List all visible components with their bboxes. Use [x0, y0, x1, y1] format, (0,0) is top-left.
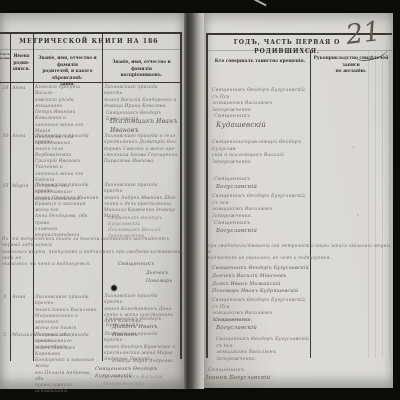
godparents-entry: Лихновскаго прихода кресть- янинъ Василі…: [104, 85, 179, 110]
child-name: Анна: [12, 86, 26, 93]
bleed-line: [382, 50, 383, 358]
godparents-entry: Лихновскаго прихода кресть- янинъ Андрей…: [104, 183, 179, 221]
table-left-border: [206, 33, 208, 358]
clergy-signature: Богуславскій: [216, 184, 257, 192]
book-gutter: [184, 13, 204, 389]
clergy-signature: Псаломщикъ Иванъ Ивановъ: [110, 118, 184, 135]
ink-blot: [111, 285, 117, 291]
title-year-scribble: Іг.: [150, 38, 157, 45]
table-right-border: [180, 32, 182, 359]
child-name: Анна: [12, 295, 26, 302]
baptizer-entry: Священникъ Ѳеодоръ Бугуславскій съ пса- …: [212, 194, 308, 220]
column-header-godparents: Званіе, имя, отчество и фамилія воспріем…: [103, 59, 180, 79]
table-top-border: [0, 32, 181, 34]
column-divider: [10, 32, 11, 361]
clergy-signature: Священникъ: [214, 113, 250, 120]
row-number: 35: [2, 183, 9, 190]
title-underline: [0, 49, 181, 50]
certifier-signature: Священникъ: [118, 261, 154, 268]
column-divider: [102, 32, 103, 361]
column-header-names: Имена родив- шихся.: [11, 53, 32, 73]
child-name: Марія: [12, 184, 29, 191]
clergy-signature: Кудашевскій: [216, 121, 266, 131]
certification-note: Въ сей метрической книгѣ за тысяча восем…: [2, 237, 181, 268]
right-page: ГОДЪ, ЧАСТЬ ПЕРВАЯ О РОДИВШИХСЯ. 21 Кто …: [204, 13, 393, 388]
certifier-signature: Дьячекъ: [146, 271, 168, 278]
row-number: 5: [3, 332, 6, 339]
bleed-line: [389, 50, 390, 358]
child-name: Анна: [12, 134, 26, 141]
row-number: 3: [3, 294, 6, 301]
godparents-extra-line: дѣвица Марія Андреева: [112, 359, 173, 365]
baptizer-entry: Священникъ Ѳеодоръ Бугуславскій съ пса- …: [216, 337, 310, 363]
child-name: Михаилъ: [12, 333, 36, 340]
witness-mark: ч: [352, 146, 355, 152]
baptizer-entry: Священноисправляющій Ѳеодоръ Бугуслав- с…: [212, 140, 308, 166]
scanned-metrical-book-spread: { "left_page": { "title": "МЕТРИЧЕСКОЙ К…: [0, 0, 400, 400]
baptizer-entry: Священникъ Ѳеодоръ Бугуславскій съ Пса- …: [212, 88, 308, 114]
column-header-count: Счетъ родив.: [0, 53, 10, 61]
witness-mark: ъ: [356, 213, 359, 219]
clergy-signature: Священникъ: [208, 367, 244, 374]
row-number: 28: [2, 85, 9, 92]
page-title: ГОДЪ, ЧАСТЬ ПЕРВАЯ О РОДИВШИХСЯ.: [208, 38, 366, 57]
clergy-signature: Богуславскій: [216, 325, 257, 333]
clergy-signature: Іоаннъ Богуславскій: [206, 375, 270, 383]
clergy-signature: Священникъ: [214, 220, 250, 227]
parents-entry: Лихновскаго прихода кресть- янинъ Максим…: [35, 333, 100, 396]
bleed-line: [375, 50, 376, 358]
clergy-signature: Священникъ: [214, 176, 250, 183]
row-number: 30: [2, 133, 9, 140]
left-page: МЕТРИЧЕСКОЙ КНИГИ НА 186 Іг. Счетъ родив…: [0, 13, 184, 389]
column-header-witnesses: Рукоприкладство свидѣтелей записи по жел…: [312, 56, 390, 76]
certifier-signature: Пономарь: [146, 279, 172, 286]
column-header-parents: Званіе, имя, отчество и фамилія родителе…: [34, 55, 101, 88]
clergy-signature: Священникъ: [214, 317, 250, 324]
column-header-baptizer: Кто совершалъ таинство крещенія.: [212, 59, 308, 66]
bleed-line: [368, 50, 369, 358]
certification-note: при свидѣтельствованіи сей метрической к…: [208, 243, 392, 261]
clergy-signature: Псаломщикъ Василій Запорожченко: [102, 374, 186, 388]
certifier-signatures: Священникъ Ѳеодоръ Бугуславскій Дьячекъ …: [212, 265, 322, 296]
parents-entry: Лихновскаго прихода кресть- янинъ Стефан…: [35, 183, 100, 239]
godparents-entry: Лихновскаго прихода и села крестьянинъ Д…: [104, 134, 179, 165]
clergy-signature: Богуславскій: [216, 228, 257, 236]
scan-scratch: [252, 0, 266, 6]
column-divider: [310, 50, 311, 358]
